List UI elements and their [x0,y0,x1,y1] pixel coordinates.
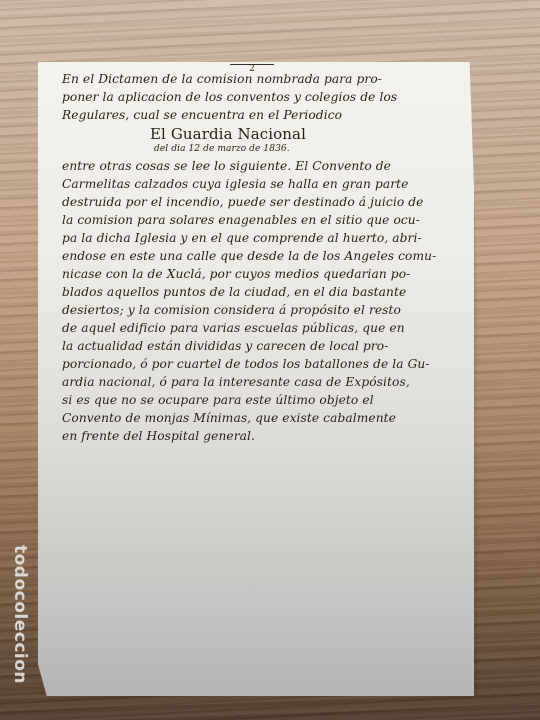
body-line: la actualidad están divididas y carecen … [62,337,472,355]
body-line: la comision para solares enagenables en … [62,211,472,229]
body-line: si es que no se ocupare para este último… [62,391,472,409]
body-line: entre otras cosas se lee lo siguiente. E… [62,157,472,175]
body-line: desiertos; y la comision considera á pro… [62,301,472,319]
intro-line: poner la aplicacion de los conventos y c… [62,88,472,106]
body-line: destruida por el incendio, puede ser des… [62,193,472,211]
body-line: en frente del Hospital general. [62,427,472,445]
newspaper-date: del dia 12 de marzo de 1836. [62,144,472,155]
manuscript-text: En el Dictamen de la comision nombrada p… [62,70,472,445]
body-line: ardia nacional, ó para la interesante ca… [62,373,472,391]
body-line: endose en este una calle que desde la de… [62,247,472,265]
watermark-logo: todocoleccion [8,545,30,710]
body-line: Convento de monjas Mínimas, que existe c… [62,409,472,427]
intro-line: En el Dictamen de la comision nombrada p… [62,70,472,88]
body-line: blados aquellos puntos de la ciudad, en … [62,283,472,301]
body-line: Carmelitas calzados cuya iglesia se hall… [62,175,472,193]
body-line: pa la dicha Iglesia y en el que comprend… [62,229,472,247]
body-line: porcionado, ó por cuartel de todos los b… [62,355,472,373]
intro-line: Regulares, cual se encuentra en el Perio… [62,106,472,124]
body-line: nicase con la de Xuclá, por cuyos medios… [62,265,472,283]
body-line: de aquel edificio para varias escuelas p… [62,319,472,337]
newspaper-title: El Guardia Nacional [62,124,472,144]
